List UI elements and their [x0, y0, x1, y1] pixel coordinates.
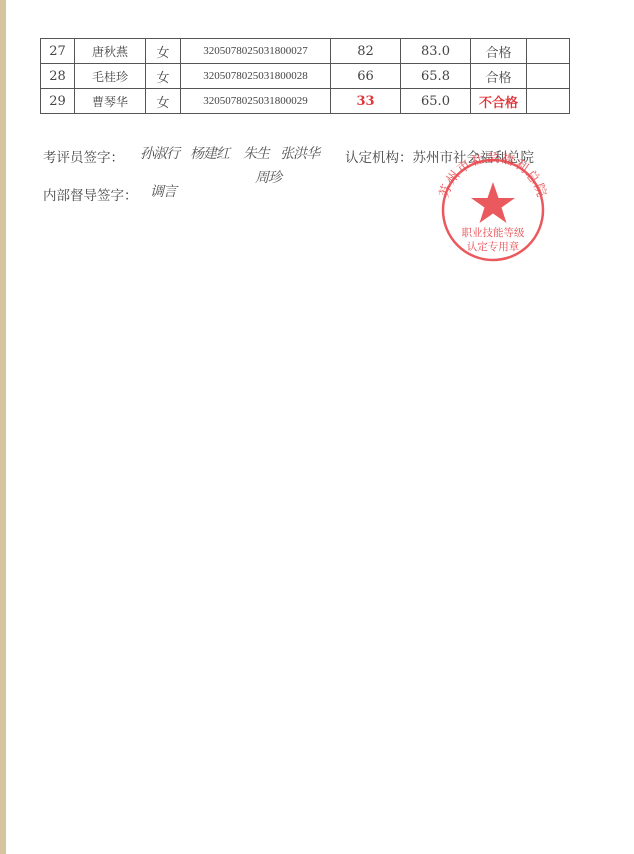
cell-score: 82	[331, 39, 401, 64]
examiner-signature-2: 杨建红	[190, 143, 229, 163]
cell-remark	[527, 89, 570, 114]
cell-final: 83.0	[401, 39, 471, 64]
results-table: 27唐秋燕女32050780250318000278283.0合格28毛桂珍女3…	[40, 38, 570, 114]
examiner-signature-label: 考评员签字：	[43, 146, 124, 166]
star-icon	[471, 182, 515, 223]
table-row: 29曹琴华女32050780250318000293365.0不合格	[41, 89, 570, 114]
cell-score: 33	[331, 89, 401, 114]
examiner-signature-5: 周珍	[255, 167, 281, 187]
cell-result: 合格	[471, 64, 527, 89]
cell-name: 唐秋燕	[75, 39, 146, 64]
stamp-line-1: 职业技能等级	[462, 226, 525, 239]
cell-no: 28	[41, 64, 75, 89]
cell-final: 65.8	[401, 64, 471, 89]
cell-result: 合格	[471, 39, 527, 64]
examiner-signature-4: 张洪华	[280, 143, 319, 163]
supervisor-signature: 调言	[150, 181, 176, 201]
cell-sex: 女	[146, 89, 181, 114]
table-row: 28毛桂珍女32050780250318000286665.8合格	[41, 64, 570, 89]
page-binding-edge	[0, 0, 6, 854]
cell-result: 不合格	[471, 89, 527, 114]
official-seal-stamp: 苏州市社会福利总院 职业技能等级 认定专用章	[428, 152, 558, 262]
cell-remark	[527, 39, 570, 64]
cell-sex: 女	[146, 39, 181, 64]
cell-no: 27	[41, 39, 75, 64]
cell-score: 66	[331, 64, 401, 89]
supervisor-signature-label: 内部督导签字：	[43, 184, 138, 204]
cell-id: 3205078025031800027	[181, 39, 331, 64]
cell-sex: 女	[146, 64, 181, 89]
cell-id: 3205078025031800029	[181, 89, 331, 114]
cell-id: 3205078025031800028	[181, 64, 331, 89]
cell-name: 毛桂珍	[75, 64, 146, 89]
table-row: 27唐秋燕女32050780250318000278283.0合格	[41, 39, 570, 64]
cell-remark	[527, 64, 570, 89]
cell-name: 曹琴华	[75, 89, 146, 114]
examiner-signature-3: 朱生	[243, 143, 269, 163]
stamp-line-2: 认定专用章	[467, 240, 520, 253]
cell-no: 29	[41, 89, 75, 114]
examiner-signature-1: 孙淑行	[140, 143, 179, 163]
cell-final: 65.0	[401, 89, 471, 114]
